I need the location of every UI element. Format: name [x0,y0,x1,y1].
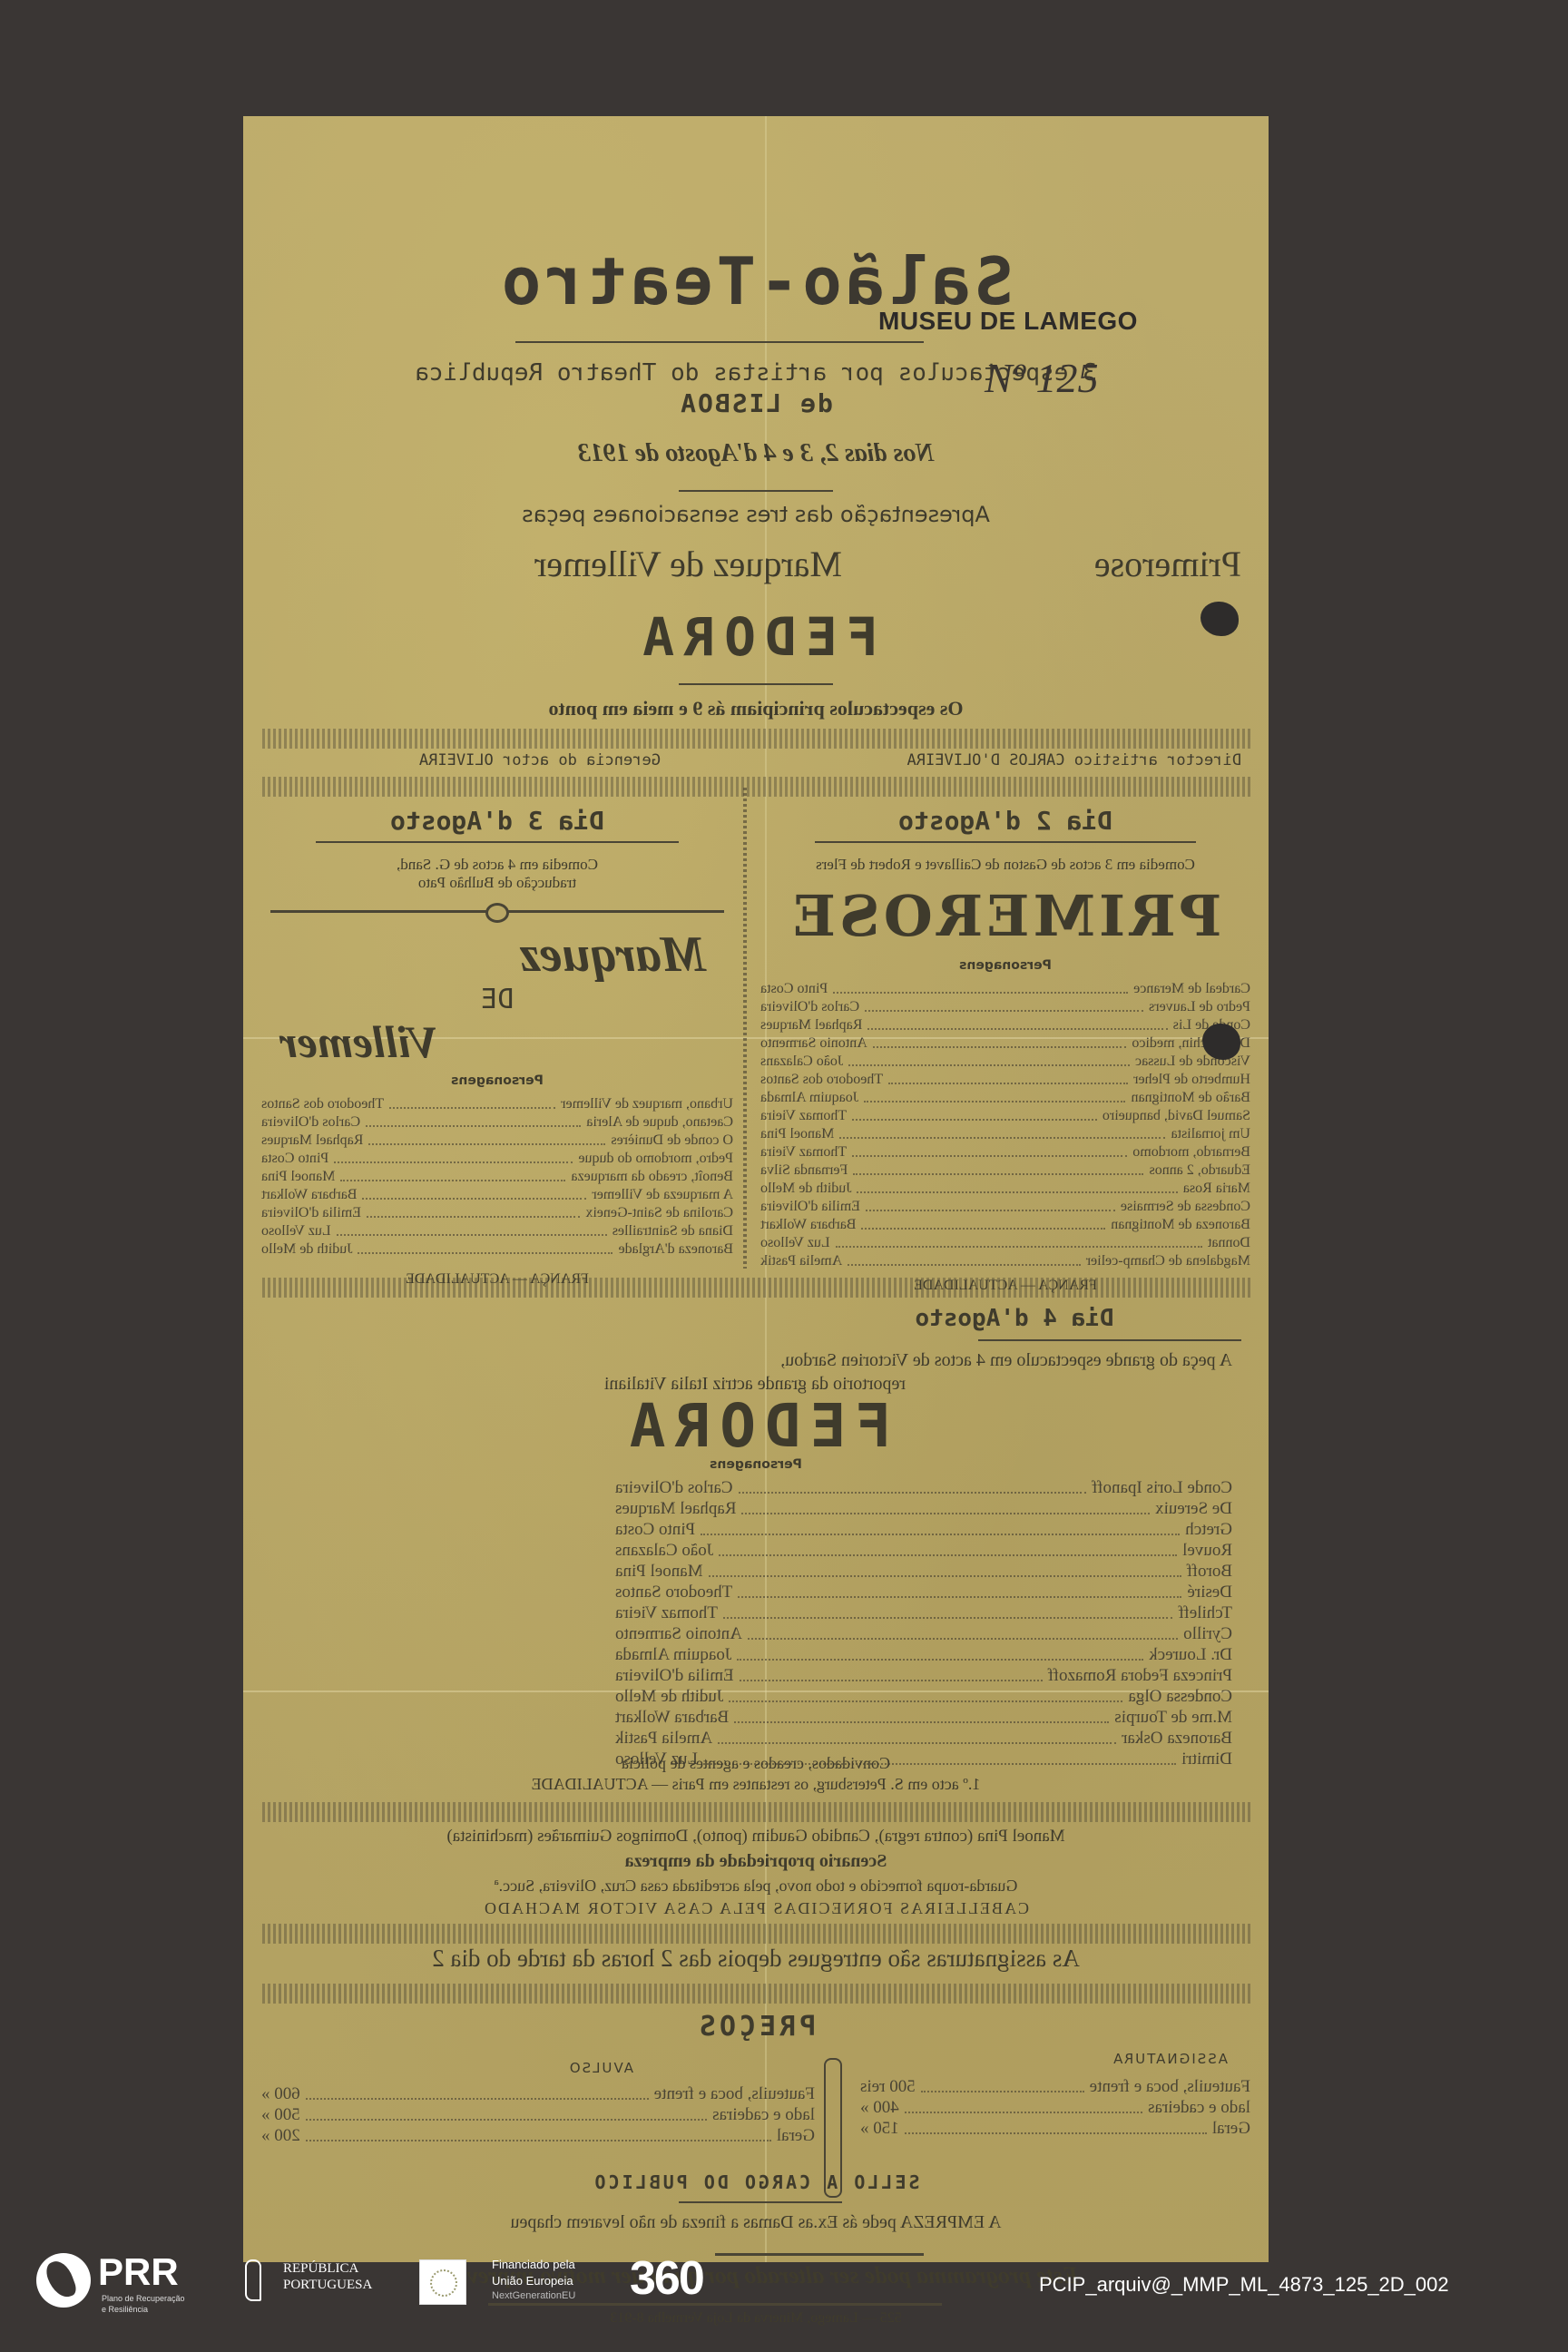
role-name: Boroff [1187,1561,1232,1582]
role-name: Baroneza de Montignan [1111,1216,1250,1234]
day2-title: PRIMEROSE [760,883,1250,949]
list-item: M.me de TourpisBarbara Wolkart [615,1707,1232,1728]
actor-name: Carlos d'Oliveira [615,1477,733,1498]
role-name: Caetano, duque de Aleria [586,1113,733,1132]
day2-description: Comedia em 3 actos de Gaston de Caillave… [760,856,1250,874]
actor-name: Barbara Wolkart [760,1216,856,1234]
intro-line: 3 espectaculos por artistas do Theatro R… [243,359,1269,387]
dot-leader [718,1728,1116,1744]
list-item: Conde de LisRaphael Marques [760,1016,1250,1034]
list-item: Baroneza OskarAmelia Pastik [615,1728,1232,1749]
actor-name: Raphael Marques [615,1498,736,1519]
role-name: Carolina de Saint-Geneix [585,1204,733,1222]
role-name: Humberto de Pleher [1133,1071,1250,1089]
actor-name: Pinto Costa [261,1150,328,1168]
dot-leader [836,1234,1202,1248]
printer-line: 525 — Lamego, Minerva da Loja Vermelha 8… [243,2310,1269,2327]
list-item: Diana de SaintraillesLuz Velloso [261,1222,733,1240]
dot-leader [337,1222,607,1236]
role-name: Fauteuils, boca e frente [654,2083,815,2104]
role-name: M.me de Tourpis [1114,1707,1232,1728]
day3-cast-list: Urbano, marquez de VillemerTheodoro dos … [261,1095,733,1259]
list-item: Eduardo, 2 annosFernanda Silva [760,1161,1250,1180]
dot-leader [873,1034,1127,1048]
eu-line-1: Financiado pela [492,2258,575,2271]
archival-document: Salão-Teatro 3 espectaculos por artistas… [243,116,1269,2262]
day3-heading: Dia 3 d'Agosto [316,806,679,843]
day4-heading: Dia 4 d'Agosto [760,1305,1269,1332]
actor-name: Judith de Mello [615,1686,723,1707]
actor-name: Luz Velloso [760,1234,830,1252]
list-item: RouvelJoão Calazans [615,1540,1232,1561]
dot-leader [709,1561,1181,1577]
list-item: lado e cadeiras500 » [261,2104,815,2125]
list-item: Pedro, mordomo do duquePinto Costa [261,1150,733,1168]
actor-name: Pinto Costa [615,1519,695,1540]
prr-subtitle-2: e Resiliência [102,2305,148,2314]
scenery-note: Scenario propriedade da empreza [243,1851,1269,1872]
actor-name: 150 » [860,2118,899,2139]
list-item: Fauteuils, boca e frente500 reis [860,2076,1250,2097]
dot-leader [888,1071,1128,1084]
dot-leader [848,1053,1130,1066]
dates-line: Nos dias 2, 3 e 4 d'Agosto de 1913 [243,439,1269,468]
role-name: Condessa de Sermaise [1121,1198,1250,1216]
role-name: Um jornalista [1171,1125,1250,1143]
dot-leader [864,1089,1125,1102]
actor-name: Emilia d'Oliveira [615,1665,734,1686]
role-name: Bernardo, mordomo [1132,1143,1250,1161]
dot-leader [867,1016,1167,1030]
divider [679,490,833,492]
role-name: Geral [777,2125,815,2146]
actor-name: Raphael Marques [760,1016,862,1034]
list-item: A marqueza de VillemerBarbara Wolkart [261,1186,733,1204]
list-item: Geral200 » [261,2125,815,2146]
day4-cast-heading: Personagens [243,1457,1269,1472]
dot-leader [921,2076,1084,2092]
divider [679,683,833,685]
republic-line-2: PORTUGUESA [283,2278,372,2293]
badge-360: 360 [630,2251,703,2306]
dot-leader [748,1623,1178,1640]
dot-leader [306,2083,649,2100]
dot-leader [853,1161,1143,1175]
role-name: Pedro, mordomo do duque [578,1150,733,1168]
dot-leader [368,1132,605,1145]
day4-cast-list: Conde Loris IpanoffCarlos d'OliveiraDe S… [615,1477,1232,1769]
role-name: Magdalena de Champ-celier [1086,1252,1250,1270]
role-name: Princeza Fedora Romazoff [1048,1665,1232,1686]
archive-id: PCIP_arquiv@_MMP_ML_4873_125_2D_002 [1039,2273,1449,2297]
dot-leader [340,1168,565,1181]
actor-name: Carlos d'Oliveira [261,1113,360,1132]
role-name: Eduardo, 2 annos [1149,1161,1250,1180]
actor-name: João Calazans [760,1053,843,1071]
role-name: Baroneza Oskar [1122,1728,1232,1749]
single-heading: AVULSO [568,2060,633,2076]
dot-leader [865,998,1143,1012]
list-item: Benoît, creado da marquezaManoel Pina [261,1168,733,1186]
day4-description-1: A peça do grande espectaculo em 4 actos … [780,1350,1232,1371]
list-item: Visconde de LussacJoão Calazans [760,1053,1250,1071]
actor-name: Judith de Mello [760,1180,851,1198]
list-item: DesiréTheodoro Santos [615,1582,1232,1602]
actor-name: 200 » [261,2125,300,2146]
actor-name: Thomaz Vieira [760,1107,847,1125]
director-line: Director artistico CARLOS D'OLIVEIRA [907,751,1241,769]
list-item: GretchPinto Costa [615,1519,1232,1540]
role-name: Barão de Montignan [1131,1089,1250,1107]
actor-name: Emilia d'Oliveira [760,1198,860,1216]
dot-leader [905,2118,1207,2134]
day3-title-3: Villemer [261,1015,733,1068]
republic-emblem-icon [245,2259,261,2301]
play-marquez: Marquez de Villemer [534,543,842,585]
day2-cast-list: Cardeal de MerancePinto CostaPedro de La… [760,980,1250,1270]
actor-name: Theodoro dos Santos [760,1071,883,1089]
list-item: Princeza Fedora RomazoffEmilia d'Oliveir… [615,1665,1232,1686]
actor-name: Amelia Pastik [615,1728,712,1749]
actor-name: Theodoro dos Santos [261,1095,384,1113]
list-item: Caetano, duque de AleriaCarlos d'Oliveir… [261,1113,733,1132]
dot-leader [839,1125,1165,1139]
list-item: TchileffThomaz Vieira [615,1602,1232,1623]
actor-name: Judith de Mello [261,1240,352,1259]
dot-leader [861,1216,1105,1230]
day2-heading: Dia 2 d'Agosto [815,806,1196,843]
actor-name: Manoel Pina [261,1168,335,1186]
wardrobe-note: Guarda-roupa fornecido e todo novo, pela… [243,1877,1269,1896]
list-item: DonnatLuz Velloso [760,1234,1250,1252]
list-item: Carolina de Saint-GeneixEmilia d'Oliveir… [261,1204,733,1222]
dot-leader [739,1477,1087,1494]
city-line: de LISBOA [243,388,1269,418]
actor-name: Antonio Sarmento [615,1623,742,1644]
dot-leader [367,1204,580,1218]
republic-line-1: REPÚBLICA [283,2261,358,2277]
play-primerose: Primerose [1094,543,1241,585]
actor-name: Emilia d'Oliveira [261,1204,361,1222]
role-name: Benoît, creado da marqueza [571,1168,733,1186]
list-item: Urbano, marquez de VillemerTheodoro dos … [261,1095,733,1113]
divider [488,2303,942,2306]
museum-stamp: MUSEU DE LAMEGO [878,307,1138,336]
role-name: Pedro de Lauvers [1149,998,1250,1016]
ornament-band [261,1278,1250,1298]
dot-leader [741,1498,1150,1514]
dot-leader [719,1540,1177,1556]
actor-name: 600 » [261,2083,300,2104]
list-item: lado e cadeiras400 » [860,2097,1250,2118]
role-name: Donnat [1208,1234,1250,1252]
day3-description-2: traducção de Bulhão Pato [261,874,733,892]
dot-leader [866,1198,1115,1211]
prr-subtitle-1: Plano de Recuperação [102,2294,185,2303]
dot-leader [734,1707,1109,1723]
day3-cast-heading: Personagens [261,1073,733,1088]
actor-name: 400 » [860,2097,899,2118]
list-item: BoroffManoel Pina [615,1561,1232,1582]
list-item: De SereuixRaphael Marques [615,1498,1232,1519]
dot-leader [905,2097,1142,2113]
role-name: Samuel David, banqueiro [1102,1107,1250,1125]
list-item: Magdalena de Champ-celierAmelia Pastik [760,1252,1250,1270]
role-name: Tchileff [1178,1602,1232,1623]
subscriptions-note: As assignaturas são entregues depois das… [243,1945,1269,1973]
list-item: O conde de DunièresRaphael Marques [261,1132,733,1150]
role-name: A marqueza de Villemer [592,1186,733,1204]
actor-name: Antonio Sarmento [760,1034,867,1053]
divider [715,2253,924,2256]
prr-title: PRR [98,2250,179,2294]
actor-name: Joaquim Almada [760,1089,858,1107]
role-name: Baroneza d'Arglade [618,1240,733,1259]
dot-leader [852,1143,1127,1157]
request-note: A EMPREZA pede ás Ex.as Damas a fineza d… [243,2212,1269,2233]
eu-flag-icon [419,2259,466,2305]
list-item: Bernardo, mordomoThomaz Vieira [760,1143,1250,1161]
actor-name: Barbara Wolkart [261,1186,357,1204]
role-name: Maria Rosa [1183,1180,1250,1198]
actor-name: Manoel Pina [760,1125,834,1143]
list-item: CyrilloAntonio Sarmento [615,1623,1232,1644]
role-name: Gretch [1185,1519,1232,1540]
dot-leader [723,1602,1172,1619]
prr-logo-icon [36,2253,91,2308]
actor-name: Joaquim Almada [615,1644,731,1665]
handwritten-number: Nº 125 [985,354,1098,402]
eu-line-2: União Europeia [492,2274,573,2288]
list-item: Dr. Fauchin, medicoAntonio Sarmento [760,1034,1250,1053]
list-item: Barão de MontignanJoaquim Almada [760,1089,1250,1107]
actor-name: Fernanda Silva [760,1161,848,1180]
dot-leader [852,1107,1097,1121]
day4-setting: 1.º acto em S. Petersburg, os restantes … [243,1775,1269,1794]
role-name: lado e cadeiras [712,2104,815,2125]
list-item: Baroneza de MontignanBarbara Wolkart [760,1216,1250,1234]
dot-leader [737,1644,1143,1661]
day3-description-1: Comedia em 4 actos de G. Sand, [261,856,733,874]
actor-name: Thomaz Vieira [760,1143,847,1161]
day2-column: Dia 2 d'Agosto Comedia em 3 actos de Gas… [760,806,1250,1294]
actor-name: Carlos d'Oliveira [760,998,859,1016]
subscription-price-list: Fauteuils, boca e frente500 reislado e c… [860,2076,1250,2139]
ornament-band [261,777,1250,797]
role-name: Desiré [1187,1582,1232,1602]
dot-leader [701,1519,1180,1535]
role-name: Dr. Loureck [1149,1644,1232,1665]
actor-name: Theodoro Santos [615,1582,732,1602]
role-name: Conde Loris Ipanoff [1092,1477,1232,1498]
list-item: Pedro de LauversCarlos d'Oliveira [760,998,1250,1016]
actor-name: Raphael Marques [261,1132,363,1150]
play-fedora: FEDORA [243,606,1269,668]
day3-title-2: DE [261,984,733,1015]
paper-hole [1200,602,1239,636]
actor-name: Barbara Wolkart [615,1707,729,1728]
presentation-line: Apresentação das tres sensacionaes peças [243,502,1269,527]
list-item: Conde Loris IpanoffCarlos d'Oliveira [615,1477,1232,1498]
role-name: Cyrillo [1183,1623,1232,1644]
divider [978,1339,1241,1341]
credits-line: Manoel Pina (contra regra), Candido Gaud… [243,1827,1269,1847]
actor-name: 500 » [261,2104,300,2125]
list-item: Um jornalistaManoel Pina [760,1125,1250,1143]
role-name: Urbano, marquez de Villemer [561,1095,733,1113]
dot-leader [366,1113,581,1127]
dot-leader [362,1186,586,1200]
dot-leader [358,1240,612,1254]
wigs-note: CABELLEIRAS FORNECIDAS PELA CASA VICTOR … [243,1899,1269,1918]
list-item: Geral150 » [860,2118,1250,2139]
list-item: Maria RosaJudith de Mello [760,1180,1250,1198]
dot-leader [857,1180,1177,1193]
actor-name: Manoel Pina [615,1561,703,1582]
dot-leader [334,1150,573,1163]
tax-note: SELLO A CARGO DO PUBLICO [243,2171,1269,2193]
actor-name: Pinto Costa [760,980,828,998]
ornament-band [261,1924,1250,1944]
dot-leader [740,1665,1043,1681]
role-name: Diana de Saintrailles [612,1222,733,1240]
ornament-band [261,1802,1250,1822]
actor-name: 500 reis [860,2076,916,2097]
eu-line-3: NextGenerationEU [492,2290,575,2301]
dot-leader [306,2125,771,2141]
dot-leader [833,980,1128,994]
day3-column: Dia 3 d'Agosto Comedia em 4 actos de G. … [261,806,733,1288]
list-item: Samuel David, banqueiroThomaz Vieira [760,1107,1250,1125]
role-name: Fauteuils, boca e frente [1090,2076,1250,2097]
list-item: Baroneza d'ArgladeJudith de Mello [261,1240,733,1259]
divider [515,341,924,343]
actor-name: Luz Velloso [261,1222,331,1240]
actor-name: Thomaz Vieira [615,1602,718,1623]
actor-name: João Calazans [615,1540,713,1561]
ornament-rule [270,910,724,913]
divider [679,2201,842,2203]
day4-title: FEDORA [243,1391,1269,1461]
role-name: lado e cadeiras [1148,2097,1250,2118]
role-name: Condessa Olga [1128,1686,1232,1707]
list-item: Condessa OlgaJudith de Mello [615,1686,1232,1707]
list-item: Dr. LoureckJoaquim Almada [615,1644,1232,1665]
dot-leader [389,1095,555,1109]
role-name: Geral [1212,2118,1250,2139]
manager-line: Gerencia do actor OLIVEIRA [419,751,661,769]
ornament-band [261,1984,1250,2004]
column-divider [743,788,747,1269]
list-item: Humberto de PleherTheodoro dos Santos [760,1071,1250,1089]
list-item: Condessa de SermaiseEmilia d'Oliveira [760,1198,1250,1216]
dot-leader [848,1252,1081,1266]
list-item: Fauteuils, boca e frente600 » [261,2083,815,2104]
role-name: O conde de Dunières [611,1132,733,1150]
ornament-band [261,729,1250,749]
day2-cast-heading: Personagens [760,958,1250,973]
role-name: De Sereuix [1155,1498,1232,1519]
role-name: Cardeal de Merance [1133,980,1250,998]
day4-extras: Convidados, creados e agentes de policia [243,1754,1269,1773]
mirrored-print: Salão-Teatro 3 espectaculos por artistas… [243,116,1269,2262]
day3-title-1: Marquez [261,926,733,984]
prices-heading: PREÇOS [243,2011,1269,2043]
start-time: Os espectaculos principiam ás 9 e meia e… [243,697,1269,720]
dot-leader [729,1686,1122,1702]
dot-leader [738,1582,1181,1598]
list-item: Cardeal de MerancePinto Costa [760,980,1250,998]
role-name: Rouvel [1182,1540,1232,1561]
single-price-list: Fauteuils, boca e frente600 »lado e cade… [261,2083,815,2146]
dot-leader [306,2104,707,2121]
subscription-heading: ASSIGNATURA [1112,2051,1228,2067]
actor-name: Amelia Pastik [760,1252,842,1270]
paper-hole [1202,1024,1240,1060]
